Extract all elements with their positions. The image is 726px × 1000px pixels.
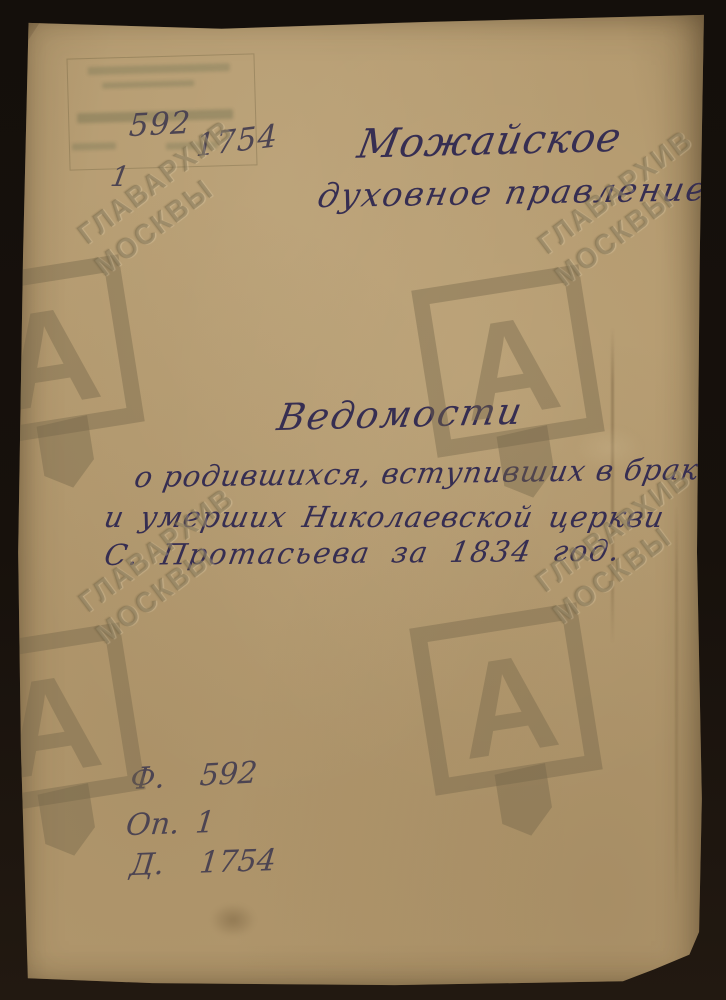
title-line-1: о родившихся, вступивших в брак [132,452,702,494]
fond-value: 592 [198,755,258,793]
stamp-text-line [88,63,230,75]
corner-fold [14,10,48,62]
opis-label: Оп. [124,806,188,843]
glavarkhiv-logo-icon: А [14,262,138,497]
delo-label: Д. [128,846,192,883]
glavarkhiv-logo-icon: А [14,630,139,865]
stamp-text-line [72,142,116,150]
title-line-2: и умерших Николаевской церкви [101,500,667,534]
paper-stain [210,903,256,937]
header-line-1: Можайское [335,114,643,168]
logo-letter: А [447,624,567,788]
paper-crease [675,505,678,905]
document-cover: 592 1754 1 Можайское духовное правление … [14,10,706,996]
stamp-text-line [102,80,194,89]
logo-letter: А [14,276,109,440]
delo-value: 1754 [198,843,278,881]
title-line-3: С. Протасьева за 1834 год. [102,533,625,572]
watermark-stamp: А ГЛАВАРХИВ МОСКВЫ [416,610,706,950]
header-line-2: духовное правление [314,170,678,215]
glavarkhiv-logo-icon: А [416,610,596,845]
opis-value: 1 [194,805,217,841]
corner-fond-number: 592 [128,105,192,144]
logo-letter: А [14,644,110,808]
title-heading: Ведомости [274,390,527,440]
fond-label: Ф. [129,759,192,797]
reference-opis-row: Оп. 1 [124,805,216,843]
reference-delo-row: Д. 1754 [128,843,278,883]
scan-viewport: 592 1754 1 Можайское духовное правление … [0,0,726,1000]
reference-fond-row: Ф. 592 [129,755,259,797]
